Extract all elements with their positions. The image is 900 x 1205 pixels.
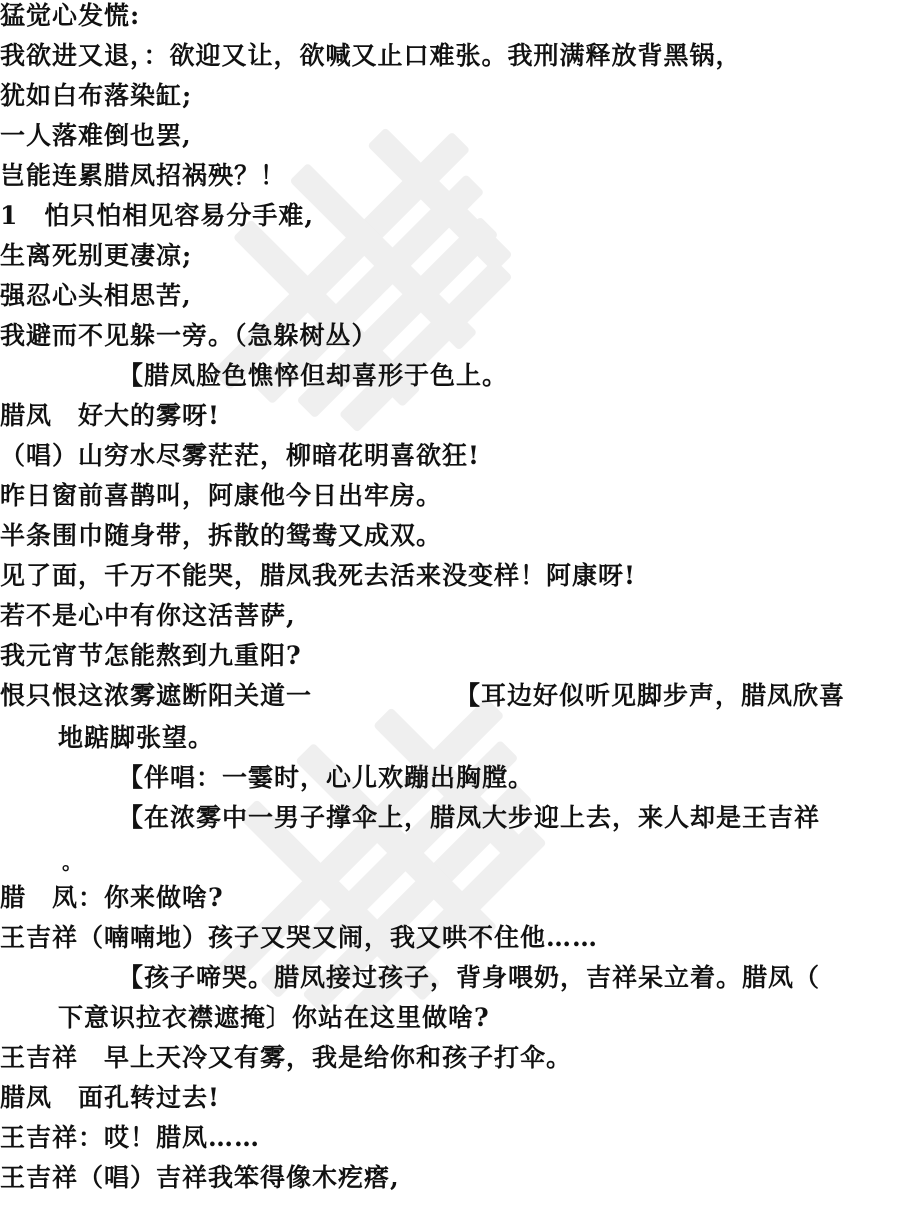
dialogue-line: 王吉祥（喃喃地）孩子又哭又闹，我又哄不住他…… bbox=[0, 922, 598, 954]
dialogue-line: 腊凤 好大的雾呀! bbox=[0, 400, 220, 432]
stage-direction: 【孩子啼哭。腊凤接过孩子，背身喂奶，吉祥呆立着。腊凤（ bbox=[118, 962, 820, 994]
stage-direction-continued: 。 bbox=[62, 846, 83, 878]
text-line: 半条围巾随身带，拆散的鸳鸯又成双。 bbox=[0, 520, 442, 552]
text-line: （唱）山穷水尽雾茫茫，柳暗花明喜欲狂! bbox=[0, 440, 480, 472]
text-line: 一人落难倒也罢, bbox=[0, 120, 192, 152]
dialogue-line: 王吉祥（唱）吉祥我笨得像木疙瘩, bbox=[0, 1162, 400, 1194]
dialogue-line: 腊凤 面孔转过去! bbox=[0, 1082, 220, 1114]
text-line: 犹如白布落染缸; bbox=[0, 80, 192, 112]
text-line: 1 怕只怕相见容易分手难, bbox=[0, 200, 314, 232]
text-line: 我避而不见躲一旁。（急躲树丛） bbox=[0, 320, 378, 352]
text-line: 见了面，千万不能哭，腊凤我死去活来没变样！阿康呀! bbox=[0, 560, 636, 592]
text-line: 昨日窗前喜鹊叫，阿康他今日出牢房。 bbox=[0, 480, 442, 512]
text-line: 猛觉心发慌: bbox=[0, 0, 140, 32]
text-line: 我欲进又退，：欲迎又让，欲喊又止口难张。我刑满释放背黑锅， bbox=[0, 40, 742, 72]
stage-direction: 【在浓雾中一男子撑伞上，腊凤大步迎上去，来人却是王吉祥 bbox=[118, 802, 820, 834]
stage-direction-continued: 下意识拉衣襟遮掩〕你站在这里做啥? bbox=[58, 1002, 490, 1034]
text-line: 恨只恨这浓雾遮断阳关道一 bbox=[0, 680, 312, 712]
text-line: 若不是心中有你这活菩萨, bbox=[0, 600, 296, 632]
dialogue-line: 王吉祥 早上天冷又有雾，我是给你和孩子打伞。 bbox=[0, 1042, 572, 1074]
stage-direction: 【腊凤脸色憔悴但却喜形于色上。 bbox=[118, 360, 508, 392]
text-line: 我元宵节怎能熬到九重阳? bbox=[0, 640, 302, 672]
text-line: 强忍心头相思苦, bbox=[0, 280, 192, 312]
dialogue-line: 腊 凤：你来做啥? bbox=[0, 882, 224, 914]
text-line: 岂能连累腊凤招祸殃？！ bbox=[0, 160, 286, 192]
stage-direction: 【耳边好似听见脚步声，腊凤欣喜 bbox=[455, 680, 845, 712]
dialogue-line: 王吉祥：哎！腊凤…… bbox=[0, 1122, 260, 1154]
text-line: 生离死别更凄凉; bbox=[0, 240, 192, 272]
stage-direction-continued: 地踮脚张望。 bbox=[58, 722, 214, 754]
stage-direction: 【伴唱：一霎时，心儿欢蹦出胸膛。 bbox=[118, 762, 534, 794]
